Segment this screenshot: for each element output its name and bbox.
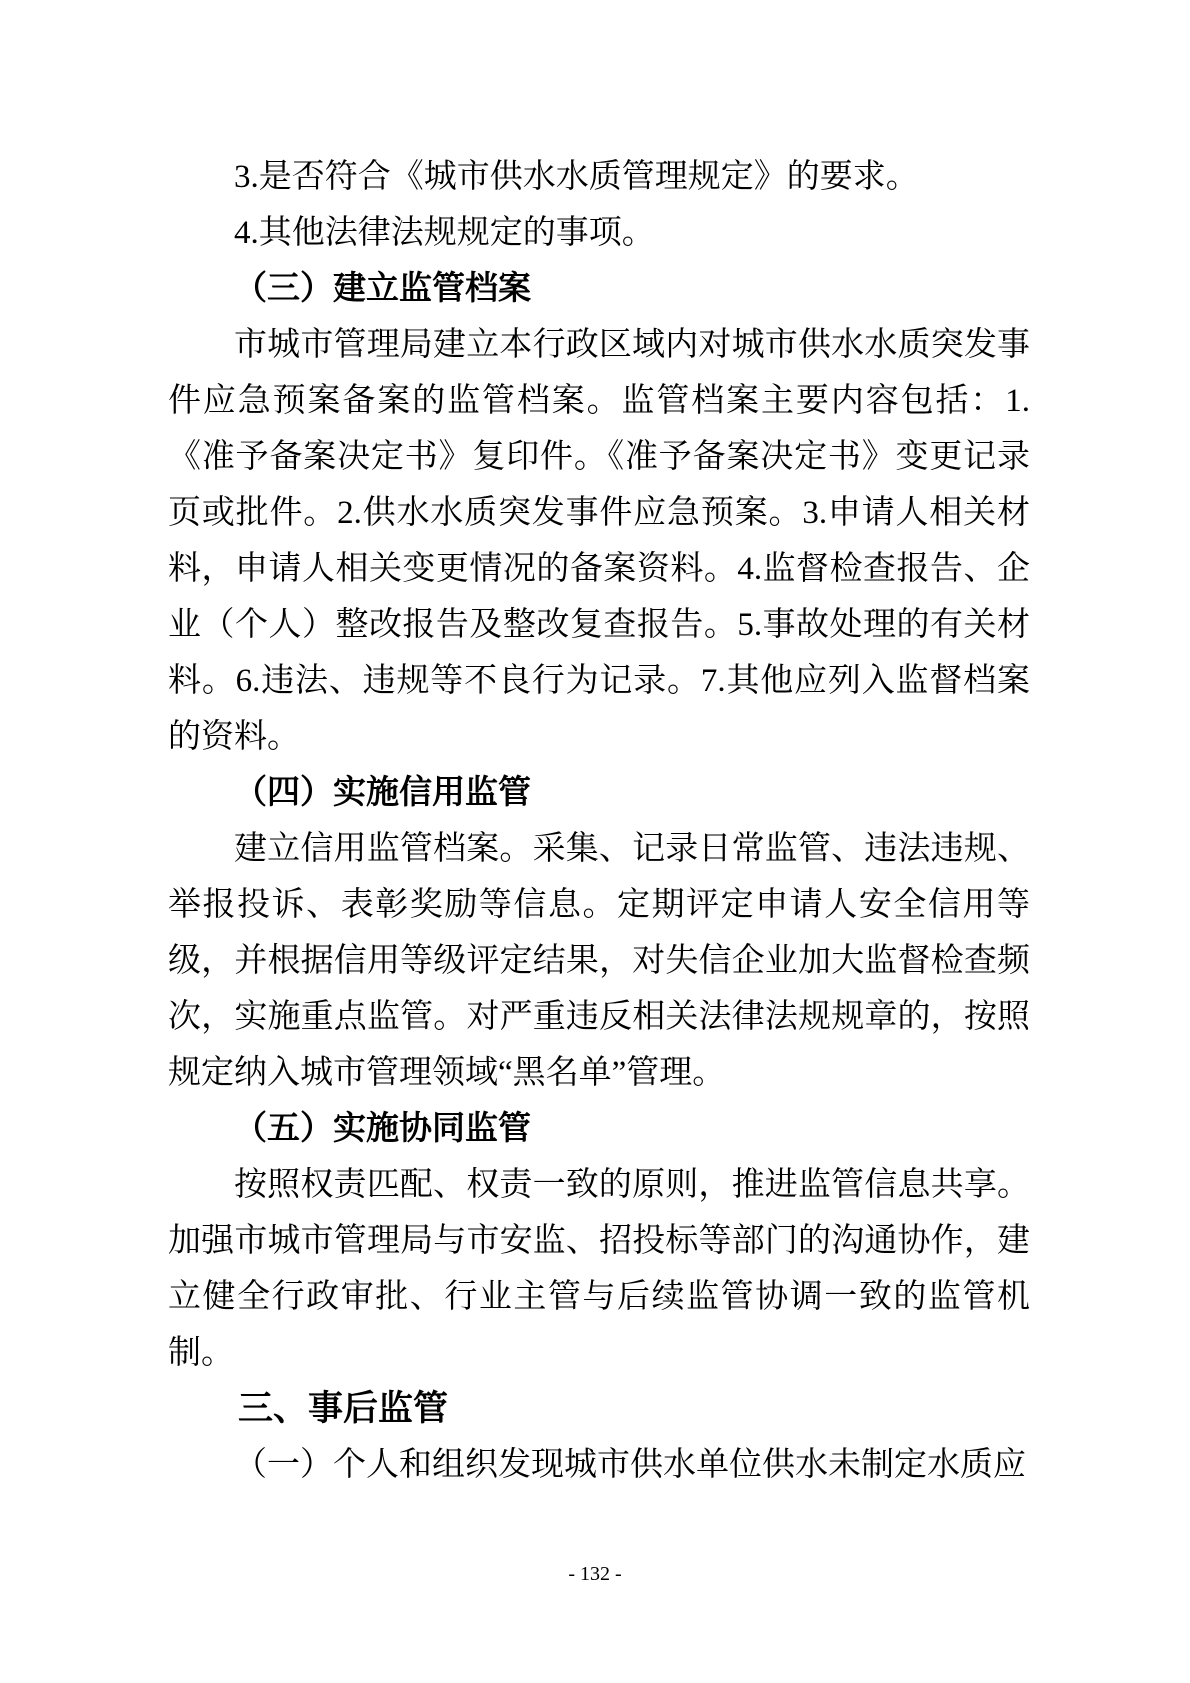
section-heading: （五）实施协同监管: [168, 1101, 1030, 1157]
body-paragraph: 市城市管理局建立本行政区域内对城市供水水质突发事件应急预案备案的监管档案。监管档…: [168, 317, 1030, 765]
body-paragraph: 建立信用监管档案。采集、记录日常监管、违法违规、举报投诉、表彰奖励等信息。定期评…: [168, 821, 1030, 1101]
body-paragraph: 4.其他法律法规规定的事项。: [168, 205, 1030, 261]
document-page: 3.是否符合《城市供水水质管理规定》的要求。 4.其他法律法规规定的事项。 （三…: [0, 0, 1190, 1683]
body-paragraph: 3.是否符合《城市供水水质管理规定》的要求。: [168, 149, 1030, 205]
chapter-heading: 三、事后监管: [168, 1381, 1030, 1437]
body-paragraph: 按照权责匹配、权责一致的原则，推进监管信息共享。加强市城市管理局与市安监、招投标…: [168, 1157, 1030, 1381]
page-number: - 132 -: [0, 1560, 1190, 1588]
section-heading: （四）实施信用监管: [168, 765, 1030, 821]
section-heading: （三）建立监管档案: [168, 261, 1030, 317]
document-body: 3.是否符合《城市供水水质管理规定》的要求。 4.其他法律法规规定的事项。 （三…: [168, 149, 1030, 1493]
body-paragraph: （一）个人和组织发现城市供水单位供水未制定水质应: [168, 1437, 1030, 1493]
